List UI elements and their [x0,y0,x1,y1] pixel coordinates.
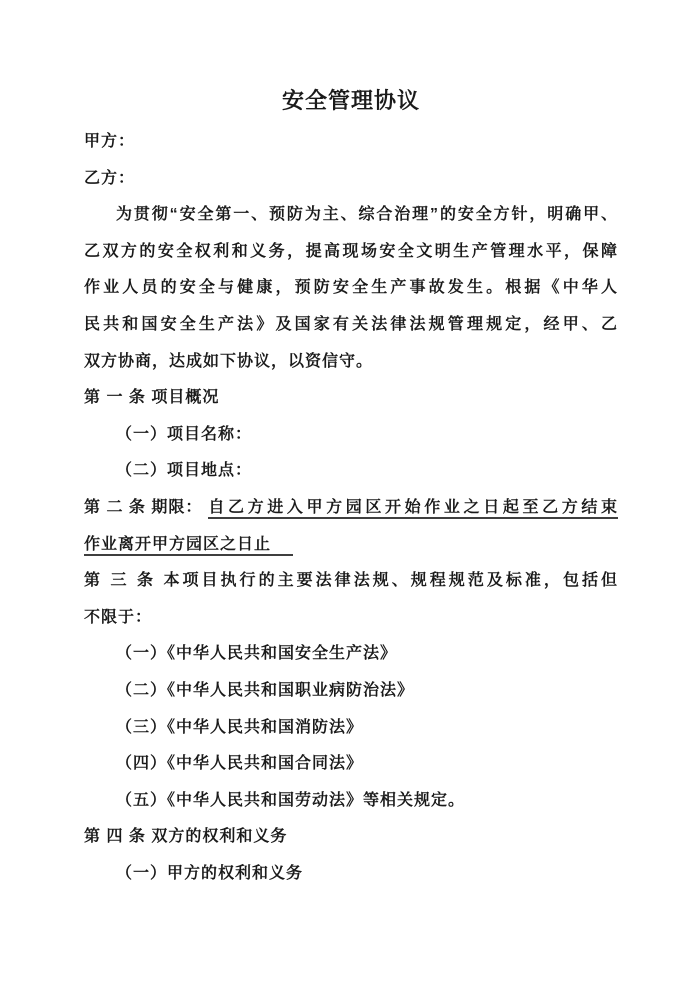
article-2-row-continued: 作业离开甲方园区之日止 [84,527,618,564]
document-body: 甲方： 乙方： 为贯彻“安全第一、预防为主、综合治理”的安全方针，明确甲、 乙双… [84,124,618,892]
preamble-line: 作业人员的安全与健康，预防安全生产事故发生。根据《中华人 [84,270,618,307]
field-project-location-label: （二）项目地点： [116,453,252,490]
preamble-line: 为贯彻“安全第一、预防为主、综合治理”的安全方针，明确甲、 [84,197,618,234]
article-1-heading: 第 一 条 项目概况 [84,380,618,417]
document-page: 安全管理协议 甲方： 乙方： 为贯彻“安全第一、预防为主、综合治理”的安全方针，… [0,0,700,990]
article-2-heading: 第 二 条 期限： [84,490,202,527]
law-list-item: （二）《中华人民共和国职业病防治法》 [84,673,618,710]
article-4-sub-item: （一）甲方的权利和义务 [84,856,618,893]
field-project-location-row: （二）项目地点： [84,453,618,490]
preamble-line: 民共和国安全生产法》及国家有关法律法规管理规定，经甲、乙 [84,307,618,344]
field-project-name-row: （一）项目名称： [84,417,618,454]
document-title: 安全管理协议 [84,86,618,116]
law-list-item: （四）《中华人民共和国合同法》 [84,746,618,783]
party-b-label: 乙方： [84,161,135,198]
field-project-name-label: （一）项目名称： [116,417,252,454]
article-3-heading-continued: 不限于： [84,600,618,637]
preamble-line: 乙双方的安全权利和义务，提高现场安全文明生产管理水平，保障 [84,234,618,271]
article-2-row: 第 二 条 期限： 自乙方进入甲方园区开始作业之日起至乙方结束 [84,490,618,527]
article-2-term-filled-text-continued: 作业离开甲方园区之日止 [84,527,293,564]
article-2-term-filled-text: 自乙方进入甲方园区开始作业之日起至乙方结束 [208,490,618,527]
party-a-label: 甲方： [84,124,135,161]
law-list-item: （三）《中华人民共和国消防法》 [84,710,618,747]
party-b-row: 乙方： [84,161,618,198]
article-3-heading: 第 三 条 本项目执行的主要法律法规、规程规范及标准，包括但 [84,563,618,600]
preamble-line: 双方协商，达成如下协议，以资信守。 [84,344,618,381]
law-list-item: （五）《中华人民共和国劳动法》等相关规定。 [84,783,618,820]
law-list-item: （一）《中华人民共和国安全生产法》 [84,636,618,673]
article-4-heading: 第 四 条 双方的权利和义务 [84,819,618,856]
party-a-row: 甲方： [84,124,618,161]
